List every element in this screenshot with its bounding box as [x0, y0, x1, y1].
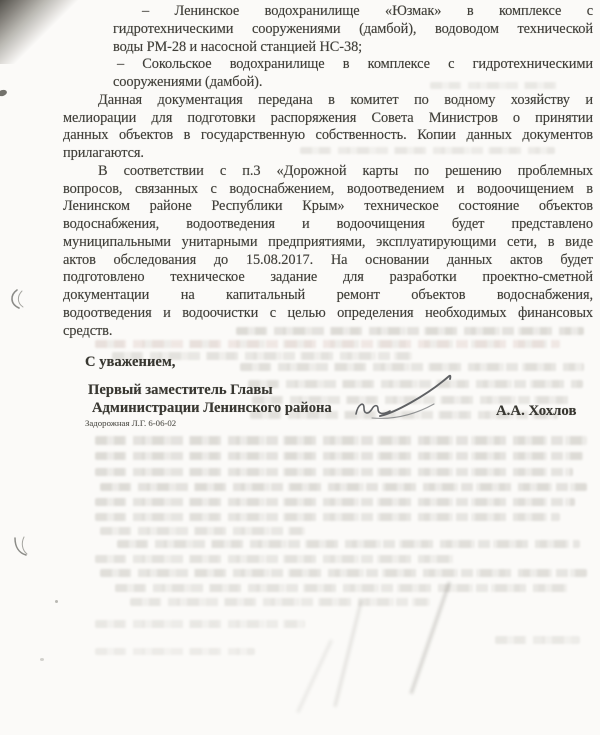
text-line: водоотведения и водоочистки с целью опре…	[63, 305, 593, 323]
text-line: сооружениями (дамбой).	[63, 74, 593, 92]
text-line: водоснабжения, водоотведения и водоочище…	[63, 216, 593, 234]
bleedthrough-line	[95, 452, 583, 460]
bleedthrough-line	[100, 569, 587, 577]
text-line: – Ленинское водохранилище «Юзмак» в комп…	[63, 3, 593, 21]
text-line: – Сокольское водохранилище в комплексе с…	[63, 56, 593, 74]
bleedthrough-line	[95, 498, 575, 506]
text-line: вопросов, связанных с водоснабжением, во…	[63, 181, 593, 199]
signer-title-line1: Первый заместитель Главы	[88, 381, 273, 399]
bleedthrough-line	[100, 483, 587, 491]
bleedthrough-line	[95, 555, 455, 563]
bleedthrough-line	[100, 527, 305, 535]
bleedthrough-line	[130, 598, 430, 606]
letter-body: – Ленинское водохранилище «Юзмак» в комп…	[63, 0, 593, 340]
signer-title-line2: Администрации Ленинского района	[92, 399, 332, 417]
bleedthrough-line	[95, 648, 255, 655]
bleedthrough-stroke	[333, 600, 363, 707]
bleedthrough-line	[95, 436, 587, 445]
text-line: воды РМ-28 и насосной станцией НС-38;	[63, 39, 593, 57]
text-line: гидротехническими сооружениями (дамбой),…	[63, 21, 593, 39]
text-line: Ленинском районе Республики Крым» технич…	[63, 198, 593, 216]
signature-scribble	[350, 372, 470, 427]
signer-name: А.А. Хохлов	[496, 402, 576, 420]
text-line: средств.	[63, 323, 593, 341]
bleedthrough-line	[95, 340, 560, 348]
bleedthrough-line	[95, 468, 573, 476]
closing-salutation: С уважением,	[85, 353, 175, 371]
text-line: В соответствии с п.3 «Дорожной карты по …	[63, 163, 593, 181]
scanned-letter-page: – Ленинское водохранилище «Юзмак» в комп…	[0, 0, 600, 735]
executor-note: Задорожная Л.Г. 6-06-02	[85, 418, 176, 428]
text-line: актов обследования до 15.08.2017. На осн…	[63, 252, 593, 270]
bleedthrough-line	[240, 363, 584, 371]
bleedthrough-line	[117, 540, 580, 548]
bleedthrough-line	[95, 513, 560, 521]
bleedthrough-line	[115, 584, 570, 592]
bleedthrough-stroke	[296, 639, 333, 713]
text-line: Данная документация передана в комитет п…	[63, 92, 593, 110]
text-line: документации на капитальный ремонт объек…	[63, 287, 593, 305]
text-line: прилагаются.	[63, 145, 593, 163]
bleedthrough-line	[95, 620, 305, 628]
text-line: данных объектов в государственную собств…	[63, 127, 593, 145]
bleedthrough-line	[495, 636, 580, 644]
text-line: мелиорации для подготовки распоряжения С…	[63, 110, 593, 128]
text-line: подготовлено техническое задание для раз…	[63, 269, 593, 287]
text-line: муниципальными унитарными предприятиями,…	[63, 234, 593, 252]
